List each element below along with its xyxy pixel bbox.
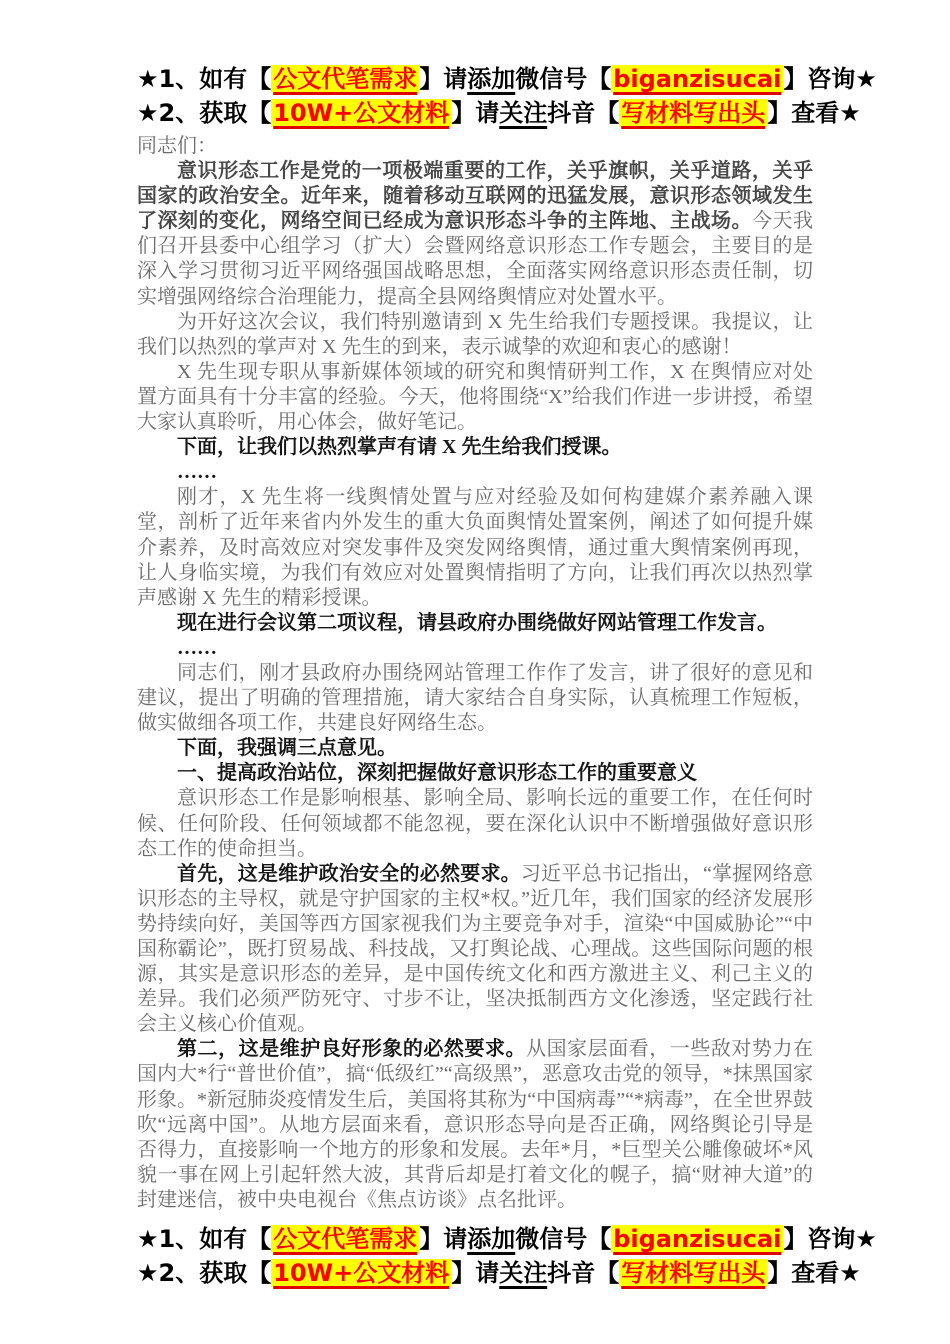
- paragraph-text: 现在进行会议第二项议程，请县政府办围绕做好网站管理工作发言。: [177, 612, 777, 634]
- text-run: 】咨询★: [783, 1225, 877, 1253]
- text-run: 抖音【: [547, 99, 619, 127]
- text-run: ★2、获取【: [137, 99, 271, 127]
- promo-highlight-text: 10W+公文材料: [271, 99, 451, 127]
- promo-highlight-text: biganzisucai: [611, 65, 783, 93]
- promo-highlight-text: 写材料写出头: [619, 99, 767, 127]
- paragraph: 为开好这次会议，我们特别邀请到 X 先生给我们专题授课。我提议，让我们以热烈的掌…: [137, 310, 813, 360]
- promo-highlight-text: 公文代笔需求: [271, 65, 419, 93]
- text-run: 抖音【: [547, 1259, 619, 1287]
- promo-underline-text: 关注: [499, 1259, 547, 1287]
- paragraph: 现在进行会议第二项议程，请县政府办围绕做好网站管理工作发言。: [137, 611, 813, 636]
- promo-line-2: ★2、获取【10W+公文材料】请关注抖音【写材料写出头】查看★: [137, 1256, 813, 1290]
- text-run: 】查看★: [767, 1259, 861, 1287]
- text-run: 】咨询★: [783, 65, 877, 93]
- paragraph: 第二，这是维护良好形象的必然要求。从国家层面看，一些敌对势力在国内大*行“普世价…: [137, 1037, 813, 1213]
- paragraph-text: 同志们：: [137, 135, 217, 157]
- paragraph-text: 第二，这是维护良好形象的必然要求。: [177, 1038, 526, 1060]
- text-run: ★1、如有【: [137, 65, 271, 93]
- text-run: 】请: [419, 1225, 467, 1253]
- promo-underline-text: 添加: [467, 65, 515, 93]
- document-page: ★1、如有【公文代笔需求】请添加微信号【biganzisucai】咨询★ ★2、…: [0, 0, 950, 1344]
- text-run: 】请: [419, 65, 467, 93]
- text-run: 微信号【: [515, 65, 611, 93]
- promo-line-2: ★2、获取【10W+公文材料】请关注抖音【写材料写出头】查看★: [137, 96, 813, 130]
- paragraph-text: 下面，我强调三点意见。: [177, 737, 397, 759]
- promo-highlight-text: biganzisucai: [611, 1225, 783, 1253]
- paragraph-text: 同志们，刚才县政府办围绕网站管理工作作了发言，讲了很好的意见和建议，提出了明确的…: [137, 662, 813, 734]
- paragraph-text: 意识形态工作是影响根基、影响全局、影响长远的重要工作，在任何时候、任何阶段、任何…: [137, 787, 813, 859]
- paragraph: 同志们，刚才县政府办围绕网站管理工作作了发言，讲了很好的意见和建议，提出了明确的…: [137, 661, 813, 736]
- paragraph: 一、提高政治站位，深刻把握做好意识形态工作的重要意义: [137, 761, 813, 786]
- document-body: 同志们：意识形态工作是党的一项极端重要的工作，关乎旗帜，关乎道路，关乎国家的政治…: [137, 134, 813, 1213]
- text-run: 】请: [451, 1259, 499, 1287]
- paragraph: 下面，我强调三点意见。: [137, 736, 813, 761]
- promo-line-1: ★1、如有【公文代笔需求】请添加微信号【biganzisucai】咨询★: [137, 62, 813, 96]
- promo-highlight-text: 写材料写出头: [619, 1259, 767, 1287]
- paragraph-text: ……: [177, 461, 217, 483]
- promo-highlight-text: 10W+公文材料: [271, 1259, 451, 1287]
- paragraph: 意识形态工作是影响根基、影响全局、影响长远的重要工作，在任何时候、任何阶段、任何…: [137, 786, 813, 861]
- promo-underline-text: 关注: [499, 99, 547, 127]
- paragraph: 同志们：: [137, 134, 813, 159]
- text-run: 】请: [451, 99, 499, 127]
- paragraph-text: 下面，让我们以热烈掌声有请 X 先生给我们授课。: [177, 436, 621, 458]
- paragraph-text: X 先生现专职从事新媒体领域的研究和舆情研判工作，X 在舆情应对处置方面具有十分…: [137, 361, 813, 433]
- promo-highlight-text: 公文代笔需求: [271, 1225, 419, 1253]
- paragraph-text: 习近平总书记指出，“掌握网络意识形态的主导权，就是守护国家的主权*权。”近几年，…: [137, 863, 813, 1036]
- promo-underline-text: 添加: [467, 1225, 515, 1253]
- promo-banner-top: ★1、如有【公文代笔需求】请添加微信号【biganzisucai】咨询★ ★2、…: [137, 62, 813, 130]
- text-run: ★2、获取【: [137, 1259, 271, 1287]
- text-run: 微信号【: [515, 1225, 611, 1253]
- paragraph: 下面，让我们以热烈掌声有请 X 先生给我们授课。: [137, 435, 813, 460]
- text-run: 】查看★: [767, 99, 861, 127]
- paragraph: 首先，这是维护政治安全的必然要求。习近平总书记指出，“掌握网络意识形态的主导权，…: [137, 862, 813, 1038]
- paragraph-text: 一、提高政治站位，深刻把握做好意识形态工作的重要意义: [177, 762, 697, 784]
- paragraph: X 先生现专职从事新媒体领域的研究和舆情研判工作，X 在舆情应对处置方面具有十分…: [137, 360, 813, 435]
- paragraph: 意识形态工作是党的一项极端重要的工作，关乎旗帜，关乎道路，关乎国家的政治安全。近…: [137, 159, 813, 310]
- promo-banner-bottom: ★1、如有【公文代笔需求】请添加微信号【biganzisucai】咨询★ ★2、…: [137, 1222, 813, 1290]
- paragraph: 刚才，X 先生将一线舆情处置与应对经验及如何构建媒介素养融入课堂，剖析了近年来省…: [137, 485, 813, 610]
- promo-line-1: ★1、如有【公文代笔需求】请添加微信号【biganzisucai】咨询★: [137, 1222, 813, 1256]
- paragraph: ……: [137, 636, 813, 661]
- paragraph-text: 意识形态工作是党的一项极端重要的工作，关乎旗帜，关乎道路，关乎国家的政治安全。近…: [137, 160, 813, 232]
- text-run: ★1、如有【: [137, 1225, 271, 1253]
- paragraph-text: ……: [177, 637, 217, 659]
- paragraph-text: 从国家层面看，一些敌对势力在国内大*行“普世价值”，搞“低级红”“高级黑”，恶意…: [137, 1038, 813, 1211]
- paragraph-text: 为开好这次会议，我们特别邀请到 X 先生给我们专题授课。我提议，让我们以热烈的掌…: [137, 311, 813, 358]
- paragraph-text: 刚才，X 先生将一线舆情处置与应对经验及如何构建媒介素养融入课堂，剖析了近年来省…: [137, 486, 813, 608]
- paragraph: ……: [137, 460, 813, 485]
- paragraph-text: 首先，这是维护政治安全的必然要求。: [177, 863, 521, 885]
